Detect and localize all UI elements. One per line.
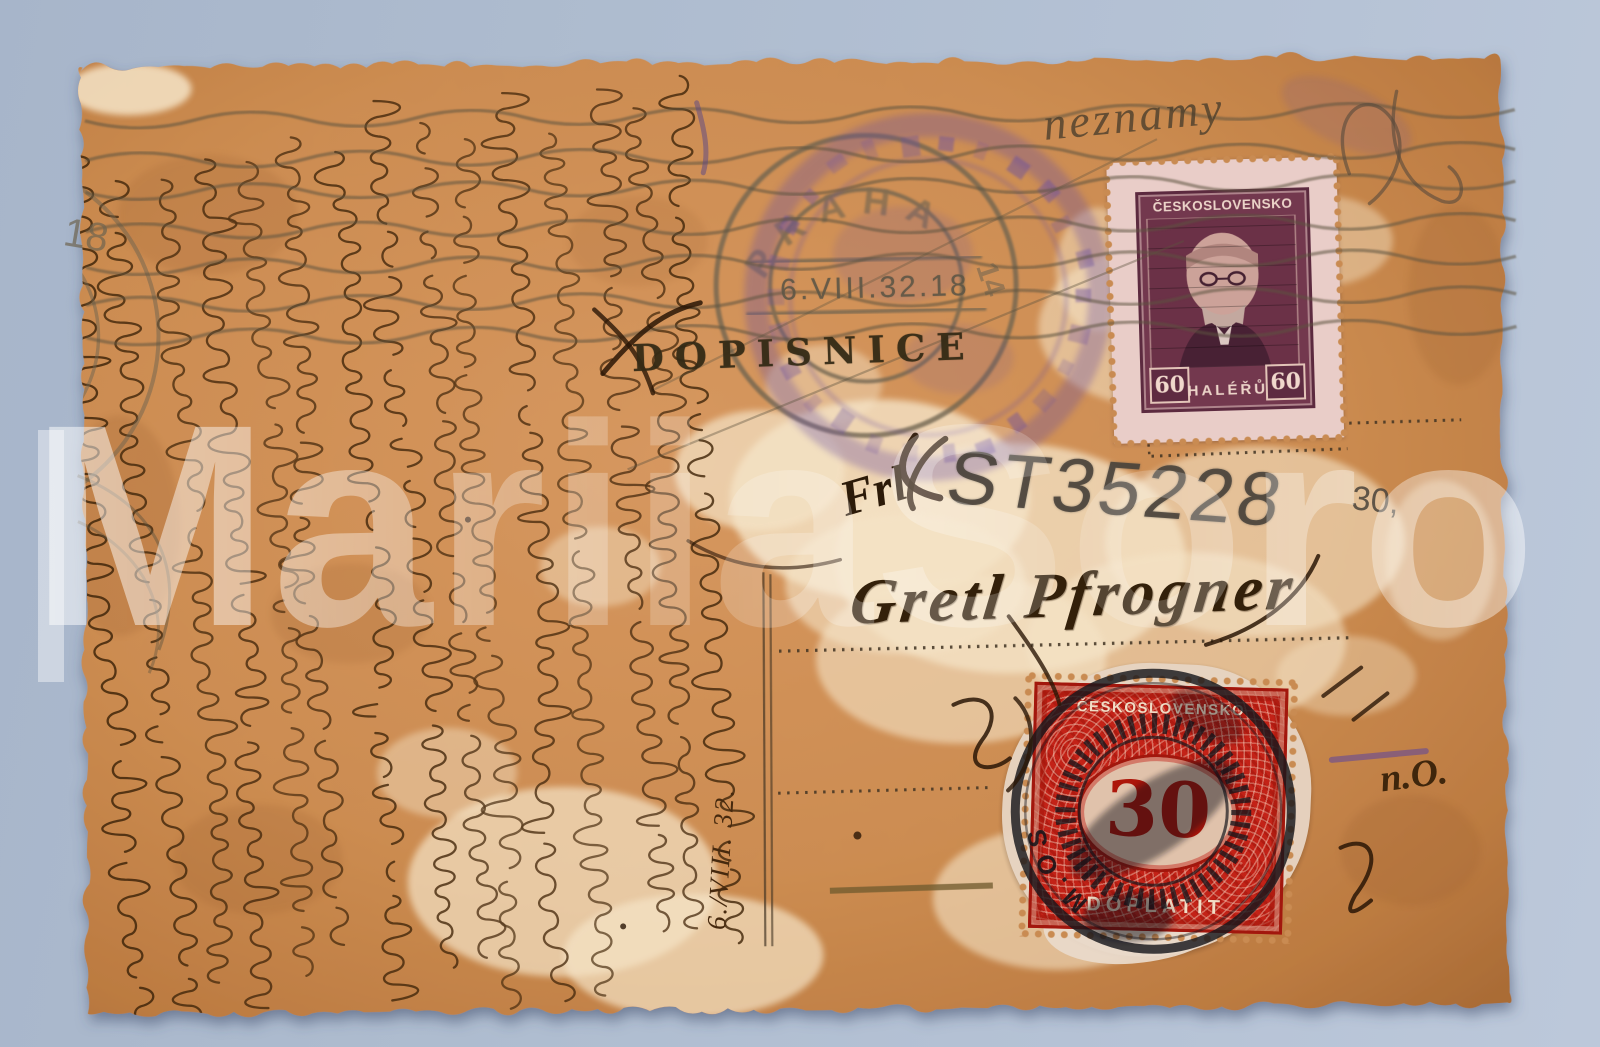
district-note: n.O. — [1377, 749, 1450, 801]
watermark-text: MariiaSoro — [30, 382, 1538, 670]
left-cancel-number: 18 — [60, 210, 111, 262]
watermark-fragment — [38, 430, 64, 682]
postcard-photo: PRAHA 14 — [0, 0, 1600, 1047]
praha-postmark-date: 6.VIII.32.18 — [780, 269, 970, 308]
